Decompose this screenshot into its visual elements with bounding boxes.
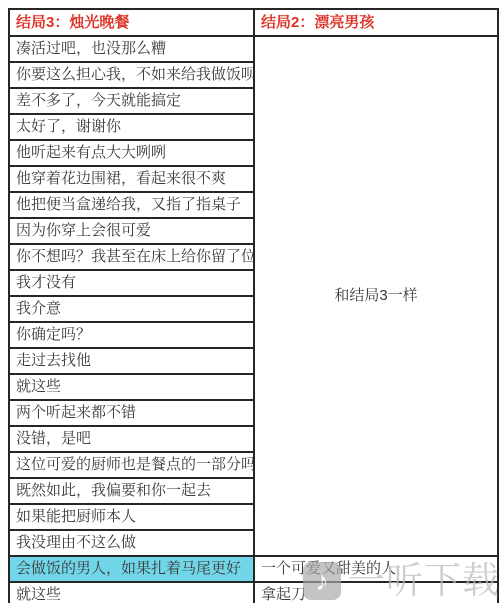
dialogue-cell: 没错，是吧 (9, 426, 254, 452)
table-row: 凑活过吧，也没那么糟 和结局3一样 (9, 36, 498, 62)
dialogue-cell: 一个可爱又甜美的人 (254, 556, 498, 582)
dialogue-cell-highlighted: 会做饭的男人，如果扎着马尾更好 (9, 556, 254, 582)
dialogue-cell: 这位可爱的厨师也是餐点的一部分吗 (9, 452, 254, 478)
dialogue-cell: 他把便当盒递给我，又指了指桌子 (9, 192, 254, 218)
dialogue-cell: 就这些 (9, 374, 254, 400)
dialogue-cell: 你确定吗？ (9, 322, 254, 348)
merged-same-as-ending-3-cell: 和结局3一样 (254, 36, 498, 556)
dialogue-cell: 既然如此，我偏要和你一起去 (9, 478, 254, 504)
dialogue-cell: 如果能把厨师本人 (9, 504, 254, 530)
dialogue-cell: 因为你穿上会很可爱 (9, 218, 254, 244)
dialogue-cell: 你不想吗？我甚至在床上给你留了位置 (9, 244, 254, 270)
endings-table: 结局3：烛光晚餐 结局2：漂亮男孩 凑活过吧，也没那么糟 和结局3一样 你要这么… (8, 8, 499, 603)
dialogue-cell: 太好了，谢谢你 (9, 114, 254, 140)
dialogue-cell: 差不多了，今天就能搞定 (9, 88, 254, 114)
dialogue-cell: 凑活过吧，也没那么糟 (9, 36, 254, 62)
header-ending-3: 结局3：烛光晚餐 (9, 9, 254, 36)
dialogue-cell: 走过去找他 (9, 348, 254, 374)
dialogue-cell: 他穿着花边围裙，看起来很不爽 (9, 166, 254, 192)
header-ending-2: 结局2：漂亮男孩 (254, 9, 498, 36)
dialogue-cell: 他听起来有点大大咧咧 (9, 140, 254, 166)
dialogue-cell: 拿起刀 (254, 582, 498, 603)
table-row: 会做饭的男人，如果扎着马尾更好 一个可爱又甜美的人 (9, 556, 498, 582)
table-header-row: 结局3：烛光晚餐 结局2：漂亮男孩 (9, 9, 498, 36)
dialogue-cell: 你要这么担心我，不如来给我做饭呗 (9, 62, 254, 88)
table-row: 就这些 拿起刀 (9, 582, 498, 603)
dialogue-cell: 两个听起来都不错 (9, 400, 254, 426)
dialogue-cell: 就这些 (9, 582, 254, 603)
dialogue-cell: 我没理由不这么做 (9, 530, 254, 556)
dialogue-cell: 我才没有 (9, 270, 254, 296)
dialogue-cell: 我介意 (9, 296, 254, 322)
